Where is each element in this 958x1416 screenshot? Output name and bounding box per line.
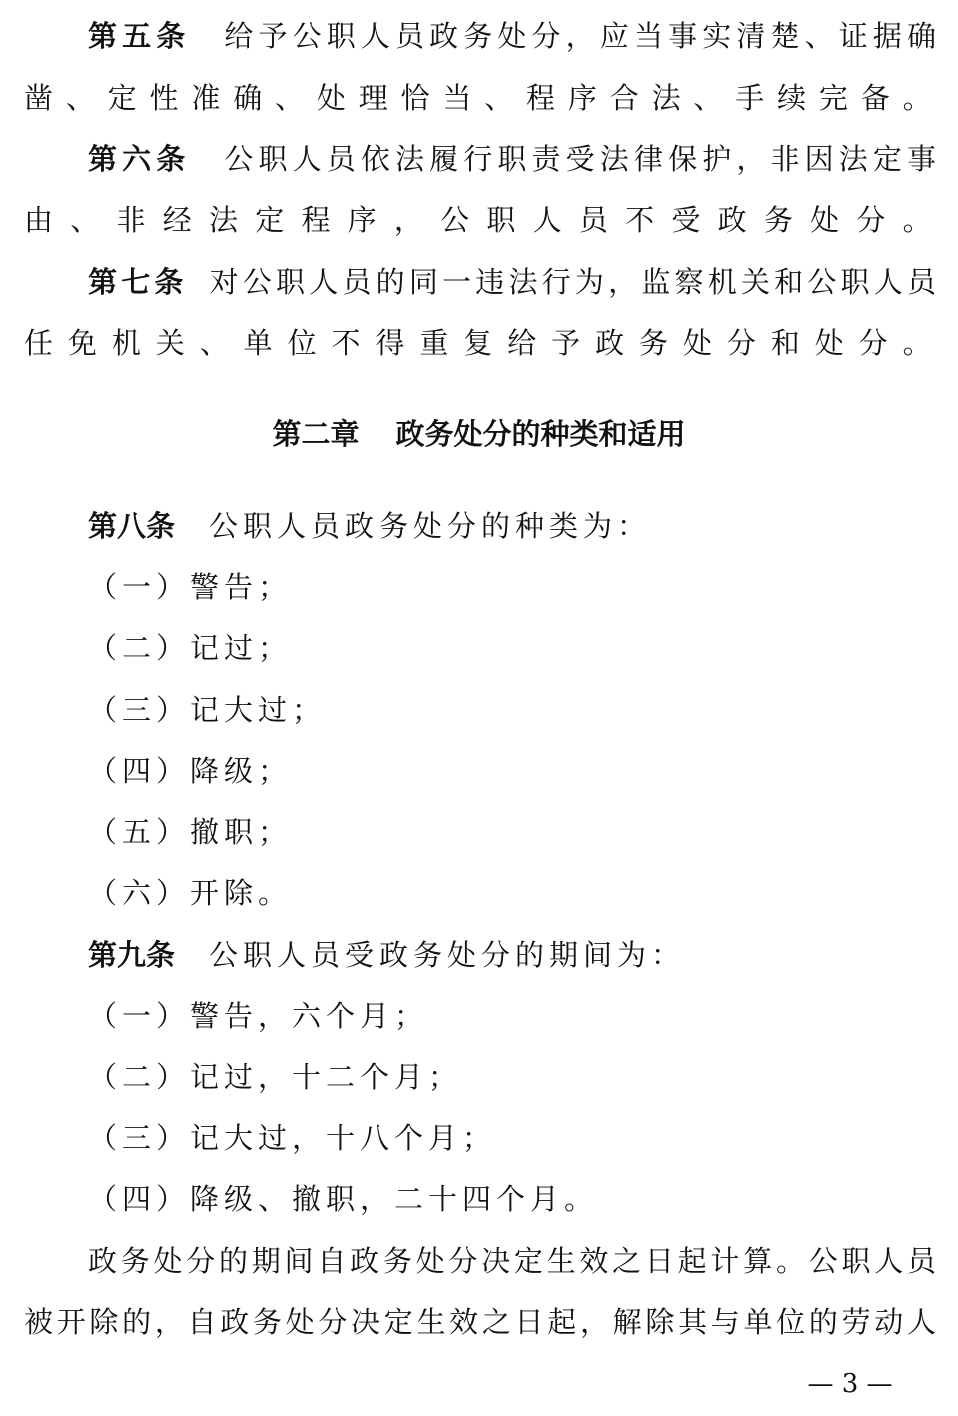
article-9-paragraph-line-2: 被开除的，自政务处分决定生效之日起，解除其与单位的劳动人 xyxy=(24,1302,936,1342)
article-9-item-1: （一）警告，六个月； xyxy=(88,996,428,1036)
article-5-text-2: 凿、定性准确、处理恰当、程序合法、手续完备。 xyxy=(24,81,936,115)
article-8-intro: 第八条公职人员政务处分的种类为： xyxy=(88,506,651,546)
article-7-line-2: 任免机关、单位不得重复给予政务处分和处分。 xyxy=(24,323,936,363)
document-page: 第五条给予公职人员政务处分，应当事实清楚、证据确 凿、定性准确、处理恰当、程序合… xyxy=(0,0,958,1416)
article-6-text-2: 由、非经法定程序，公职人员不受政务处分。 xyxy=(24,203,936,237)
article-9-item-3: （三）记大过，十八个月； xyxy=(88,1118,496,1158)
article-6-label: 第六条 xyxy=(88,142,190,176)
chapter-heading: 第二章政务处分的种类和适用 xyxy=(0,414,958,454)
article-7-text-1: 对公职人员的同一违法行为，监察机关和公职人员 xyxy=(210,265,936,299)
article-5-line-1: 第五条给予公职人员政务处分，应当事实清楚、证据确 xyxy=(88,16,936,56)
article-6-line-1: 第六条公职人员依法履行职责受法律保护，非因法定事 xyxy=(88,139,936,179)
page-number: — 3 — xyxy=(790,1366,910,1402)
article-8-text: 公职人员政务处分的种类为： xyxy=(209,509,651,543)
article-8-item-1: （一）警告； xyxy=(88,567,292,607)
article-6-text-1: 公职人员依法履行职责受法律保护，非因法定事 xyxy=(224,142,936,176)
article-8-item-3: （三）记大过； xyxy=(88,690,326,730)
article-8-label: 第八条 xyxy=(88,509,175,543)
article-9-intro: 第九条公职人员受政务处分的期间为： xyxy=(88,935,685,975)
article-5-label: 第五条 xyxy=(88,19,190,53)
article-8-item-2: （二）记过； xyxy=(88,628,292,668)
article-5-text-1: 给予公职人员政务处分，应当事实清楚、证据确 xyxy=(224,19,936,53)
article-8-item-4: （四）降级； xyxy=(88,751,292,791)
article-5-line-2: 凿、定性准确、处理恰当、程序合法、手续完备。 xyxy=(24,78,936,118)
article-9-item-4: （四）降级、撤职，二十四个月。 xyxy=(88,1179,598,1219)
article-8-item-5: （五）撤职； xyxy=(88,812,292,852)
article-7-text-2: 任免机关、单位不得重复给予政务处分和处分。 xyxy=(24,326,936,360)
article-8-item-6: （六）开除。 xyxy=(88,873,292,913)
article-9-paragraph-line-1: 政务处分的期间自政务处分决定生效之日起计算。公职人员 xyxy=(88,1241,936,1281)
chapter-number: 第二章 xyxy=(272,417,359,451)
article-7-line-1: 第七条对公职人员的同一违法行为，监察机关和公职人员 xyxy=(88,262,936,302)
article-9-item-2: （二）记过，十二个月； xyxy=(88,1057,462,1097)
chapter-title: 政务处分的种类和适用 xyxy=(396,417,686,451)
article-9-label: 第九条 xyxy=(88,938,175,972)
article-7-label: 第七条 xyxy=(88,265,188,299)
article-6-line-2: 由、非经法定程序，公职人员不受政务处分。 xyxy=(24,200,936,240)
article-9-text: 公职人员受政务处分的期间为： xyxy=(209,938,685,972)
